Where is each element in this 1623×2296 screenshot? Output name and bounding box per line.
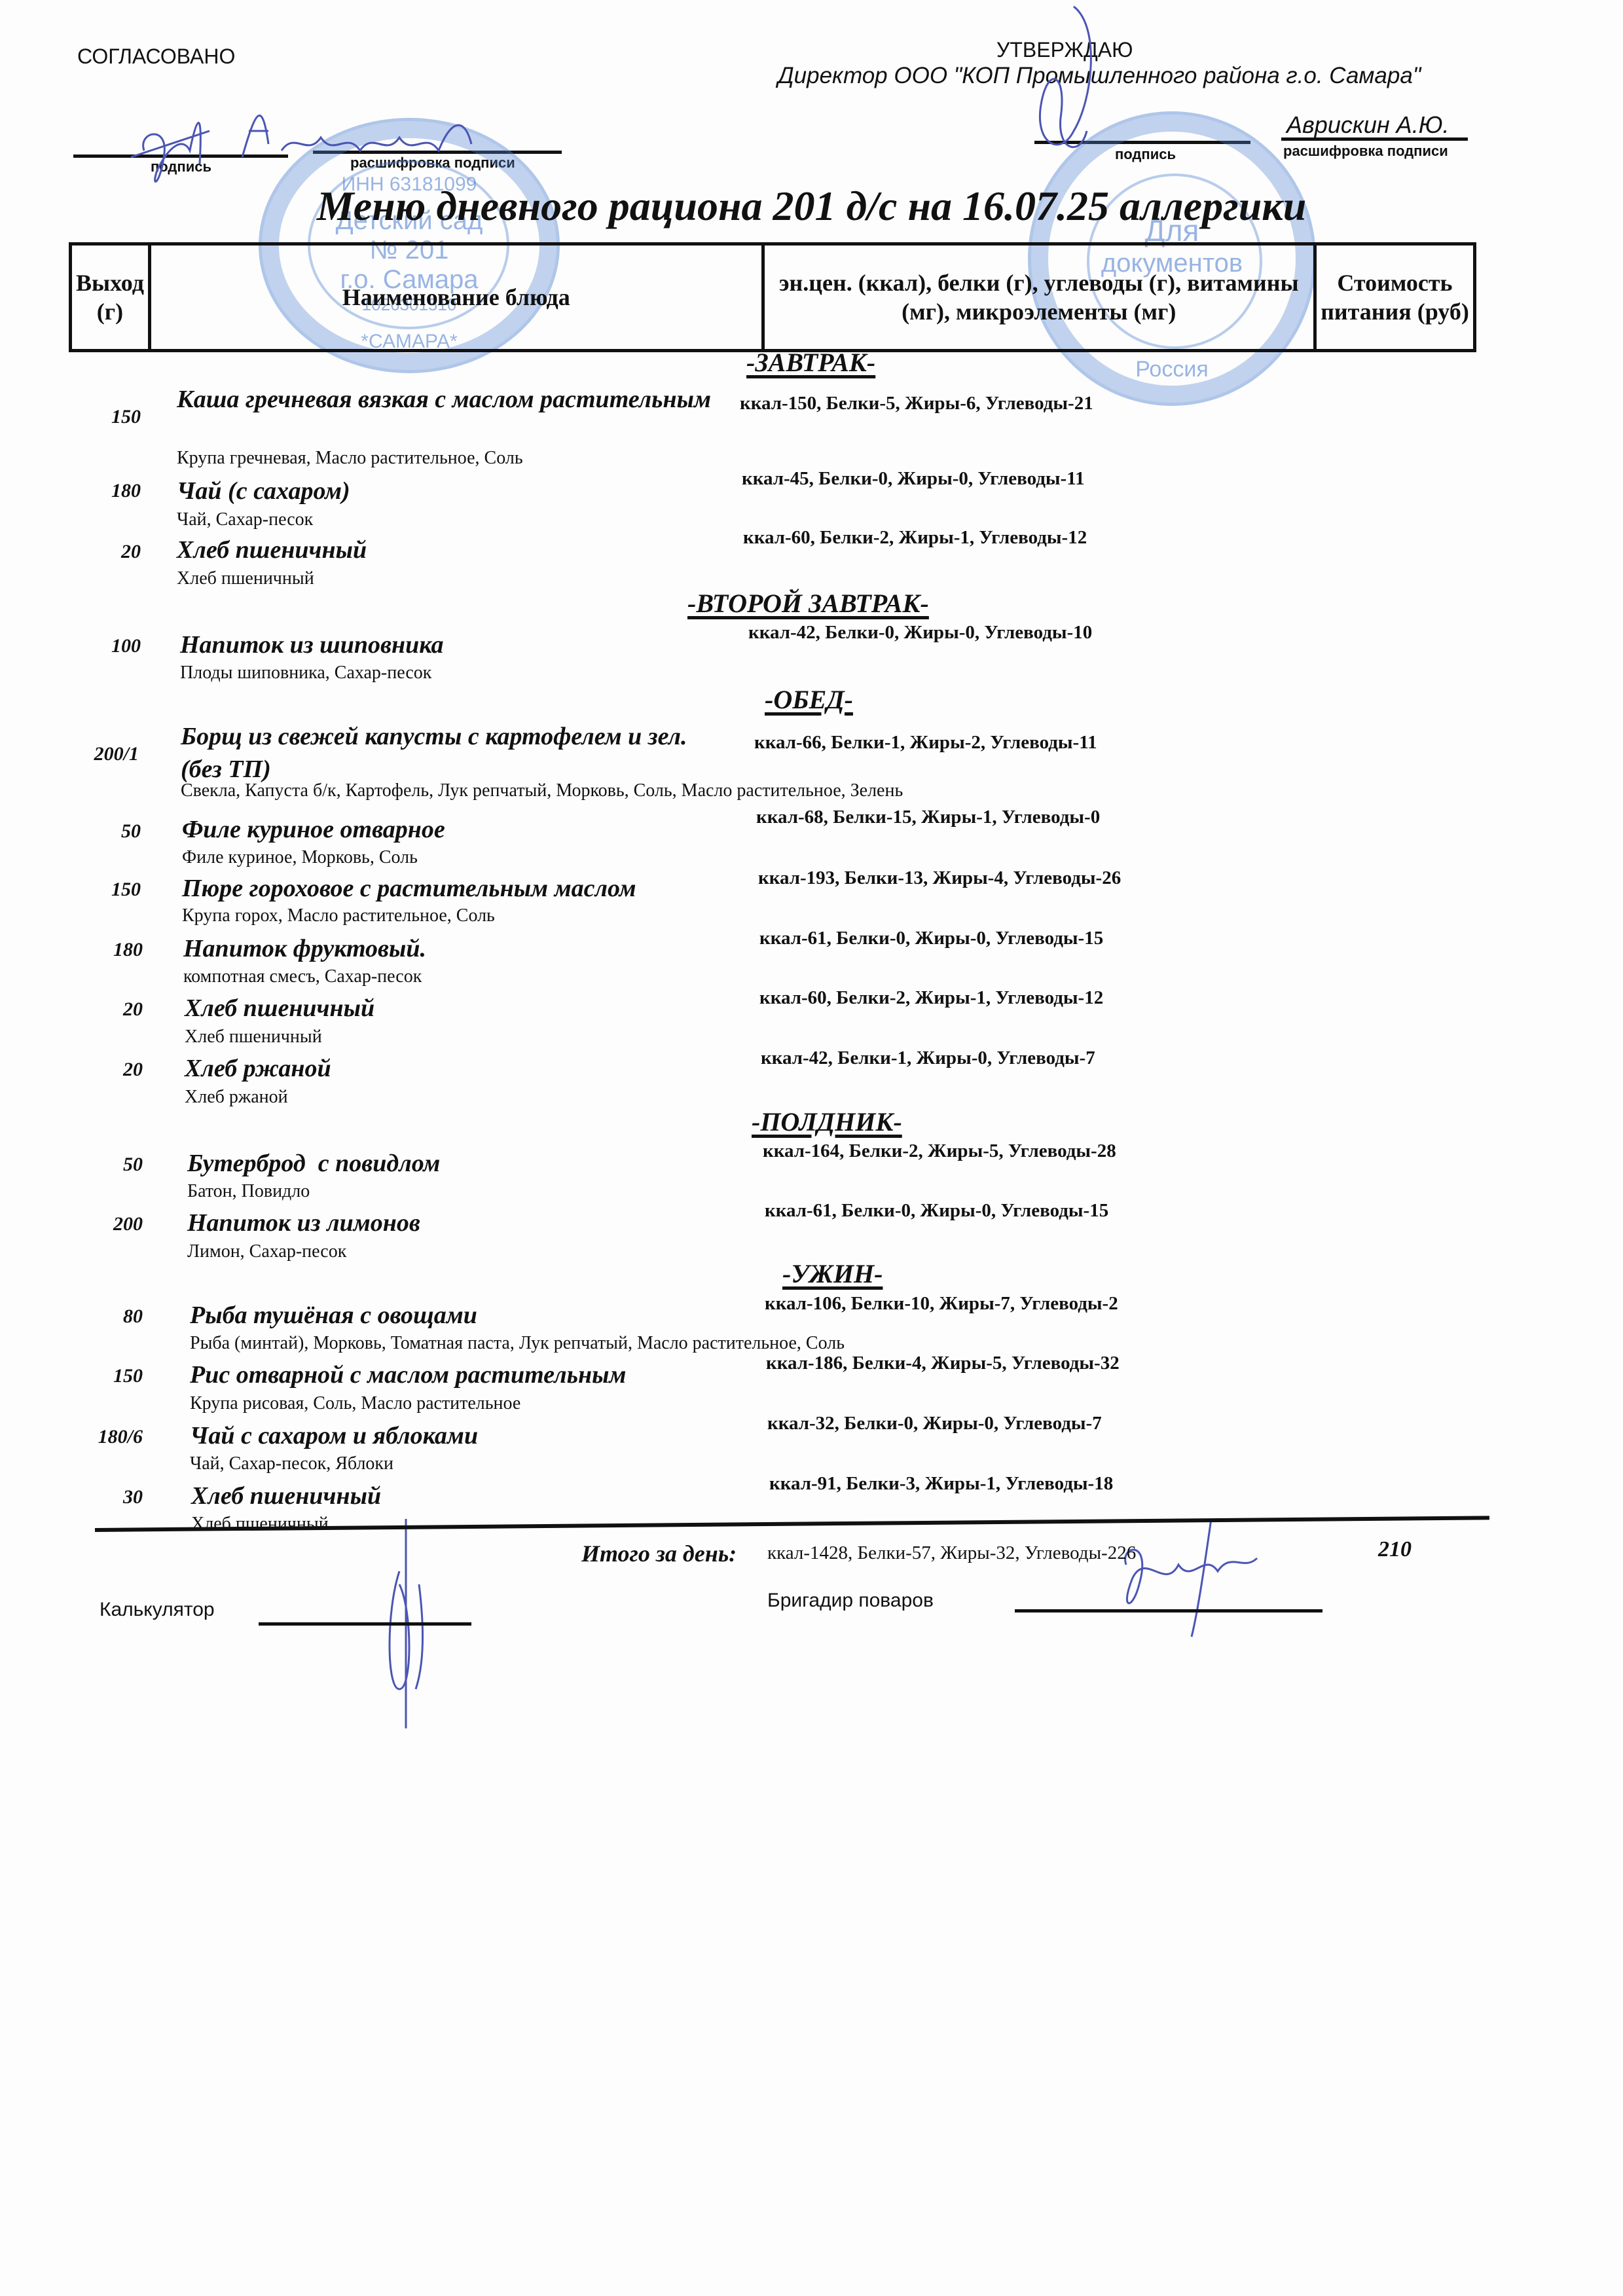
name-line-right <box>1281 137 1468 141</box>
signature-scribble-chef <box>1113 1512 1283 1643</box>
menu-table-header: Выход (г) Наименование блюда эн.цен. (кк… <box>69 242 1476 352</box>
calculator-signature-line <box>259 1622 471 1626</box>
approved-label: СОГЛАСОВАНО <box>77 45 235 69</box>
section-afternoon-snack: -ПОЛДНИК- <box>752 1106 902 1137</box>
calculator-label: Калькулятор <box>100 1599 215 1621</box>
director-name: Аврискин А.Ю. <box>1286 111 1450 139</box>
total-label: Итого за день: <box>581 1540 737 1567</box>
chef-label: Бригадир поваров <box>767 1590 934 1612</box>
column-output: Выход (г) <box>71 244 150 351</box>
page-title: Меню дневного рациона 201 д/с на 16.07.2… <box>0 182 1623 230</box>
name-caption-right: расшифровка подписи <box>1283 143 1448 160</box>
total-nutrition: ккал-1428, Белки-57, Жиры-32, Углеводы-2… <box>767 1542 1136 1564</box>
section-dinner: -УЖИН- <box>782 1258 883 1289</box>
chef-signature-line <box>1015 1609 1322 1613</box>
section-second-breakfast: -ВТОРОЙ ЗАВТРАК- <box>687 588 929 619</box>
column-nutrition: эн.цен. (ккал), белки (г), углеводы (г),… <box>763 244 1315 351</box>
section-breakfast: -ЗАВТРАК- <box>746 347 875 378</box>
section-lunch: -ОБЕД- <box>765 684 853 715</box>
signature-scribble-director <box>995 0 1126 170</box>
column-cost: Стоимость питания (руб) <box>1315 244 1475 351</box>
total-cost: 210 <box>1378 1537 1412 1562</box>
column-dish: Наименование блюда <box>149 244 763 351</box>
